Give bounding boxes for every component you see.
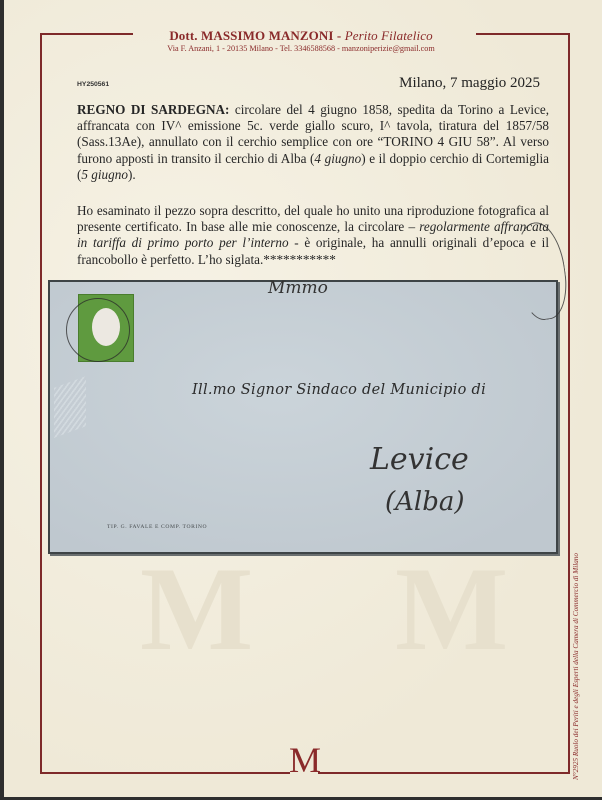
monogram-logo: M	[289, 742, 319, 782]
frame-right	[568, 33, 570, 774]
cover-photo: Mmmo Ill.mo Signor Sindaco del Municipio…	[48, 280, 558, 554]
expert-role: Perito Filatelico	[345, 28, 433, 43]
expert-heading: Dott. MASSIMO MANZONI - Perito Filatelic…	[0, 28, 602, 44]
transit-note: Mmmo	[268, 278, 328, 298]
cover-address-line: Ill.mo Signor Sindaco del Municipio di	[192, 382, 486, 398]
registry-note: N°2925 Ruolo dei Periti e degli Esperti …	[572, 553, 580, 780]
certificate-id: HY250561	[77, 81, 109, 88]
description-title: REGNO DI SARDEGNA:	[77, 102, 229, 117]
cover-city: Levice	[370, 442, 469, 477]
watermark-monogram: M	[140, 540, 253, 678]
cover-province: (Alba)	[385, 487, 465, 517]
certificate-date: Milano, 7 maggio 2025	[399, 75, 540, 92]
frame-bottom-right	[318, 772, 570, 774]
opinion-paragraph: Ho esaminato il pezzo sopra descritto, d…	[77, 203, 549, 268]
frame-left	[40, 33, 42, 774]
printer-imprint: TIP. G. FAVALE E COMP. TORINO	[107, 524, 207, 530]
expert-name: Dott. MASSIMO MANZONI	[169, 28, 333, 43]
watermark-monogram: M	[395, 540, 508, 678]
description-paragraph: REGNO DI SARDEGNA: circolare del 4 giugn…	[77, 102, 549, 183]
postmark-circle	[66, 298, 130, 362]
embossed-mark	[54, 376, 86, 438]
frame-bottom-left	[40, 772, 290, 774]
expert-address: Via F. Anzani, 1 - 20135 Milano - Tel. 3…	[0, 44, 602, 53]
